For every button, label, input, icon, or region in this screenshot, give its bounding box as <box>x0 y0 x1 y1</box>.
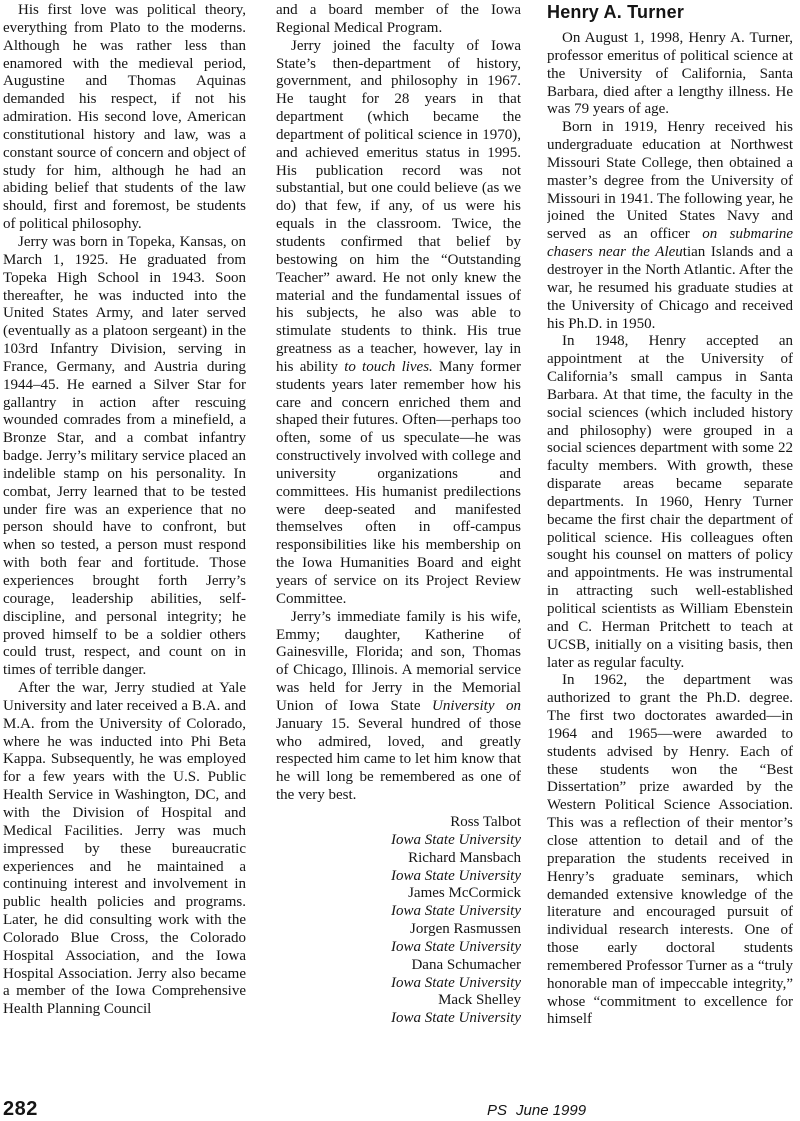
text-run: January 15. Several hundred of those who… <box>276 716 521 803</box>
journal-page: His first love was political theory, eve… <box>0 0 800 1121</box>
paragraph: Jerry joined the faculty of Iowa State’s… <box>276 38 521 609</box>
signature-affiliation: Iowa State University <box>276 1010 521 1028</box>
text-run: Born in 1919, Henry received his undergr… <box>547 119 793 242</box>
text-run: In 1948, Henry accepted an appointment a… <box>547 333 793 670</box>
text-run: Many former students years later remembe… <box>276 359 521 607</box>
text-run: After the war, Jerry studied at Yale Uni… <box>3 680 246 1017</box>
paragraph: His first love was political theory, eve… <box>3 2 246 234</box>
text-run: On August 1, 1998, Henry A. Turner, prof… <box>547 30 793 117</box>
text-columns: His first love was political theory, eve… <box>3 2 793 1098</box>
italic-text-run: to touch lives. <box>344 359 433 375</box>
italic-text-run: University on <box>432 698 521 714</box>
obituary-heading: Henry A. Turner <box>547 2 793 22</box>
text-run: and a board member of the Iowa Regional … <box>276 2 521 36</box>
page-number: 282 <box>3 1098 38 1120</box>
page-footer: 282 PSJune 1999 <box>3 1098 800 1121</box>
signature-affiliation: Iowa State University <box>276 975 521 993</box>
signature-affiliation: Iowa State University <box>276 832 521 850</box>
signature-affiliation: Iowa State University <box>276 939 521 957</box>
signature-name: Mack Shelley <box>276 992 521 1010</box>
text-run: Jerry joined the faculty of Iowa State’s… <box>276 38 521 375</box>
paragraph: In 1962, the department was authorized t… <box>547 672 793 1029</box>
text-run: Jerry was born in Topeka, Kansas, on Mar… <box>3 234 246 678</box>
paragraph: On August 1, 1998, Henry A. Turner, prof… <box>547 30 793 119</box>
text-run: His first love was political theory, eve… <box>3 2 246 232</box>
column-1: His first love was political theory, eve… <box>3 2 246 1098</box>
paragraph: After the war, Jerry studied at Yale Uni… <box>3 680 246 1019</box>
signature-name: Dana Schumacher <box>276 957 521 975</box>
issue-date: June 1999 <box>516 1102 586 1119</box>
journal-abbreviation: PS <box>487 1102 507 1119</box>
signature-name: James McCormick <box>276 885 521 903</box>
paragraph: Jerry’s immediate family is his wife, Em… <box>276 609 521 805</box>
text-run: In 1962, the department was authorized t… <box>547 672 793 1027</box>
paragraph: Born in 1919, Henry received his undergr… <box>547 119 793 333</box>
journal-credit: PSJune 1999 <box>487 1102 586 1119</box>
signature-affiliation: Iowa State University <box>276 903 521 921</box>
column-3: Henry A. TurnerOn August 1, 1998, Henry … <box>547 2 793 1098</box>
signature-name: Jorgen Rasmussen <box>276 921 521 939</box>
signature-name: Richard Mansbach <box>276 850 521 868</box>
signature-name: Ross Talbot <box>276 814 521 832</box>
signature-affiliation: Iowa State University <box>276 868 521 886</box>
column-2: and a board member of the Iowa Regional … <box>276 2 521 1098</box>
signature-block: Ross TalbotIowa State UniversityRichard … <box>276 814 521 1028</box>
paragraph: In 1948, Henry accepted an appointment a… <box>547 333 793 672</box>
paragraph: and a board member of the Iowa Regional … <box>276 2 521 38</box>
paragraph: Jerry was born in Topeka, Kansas, on Mar… <box>3 234 246 680</box>
